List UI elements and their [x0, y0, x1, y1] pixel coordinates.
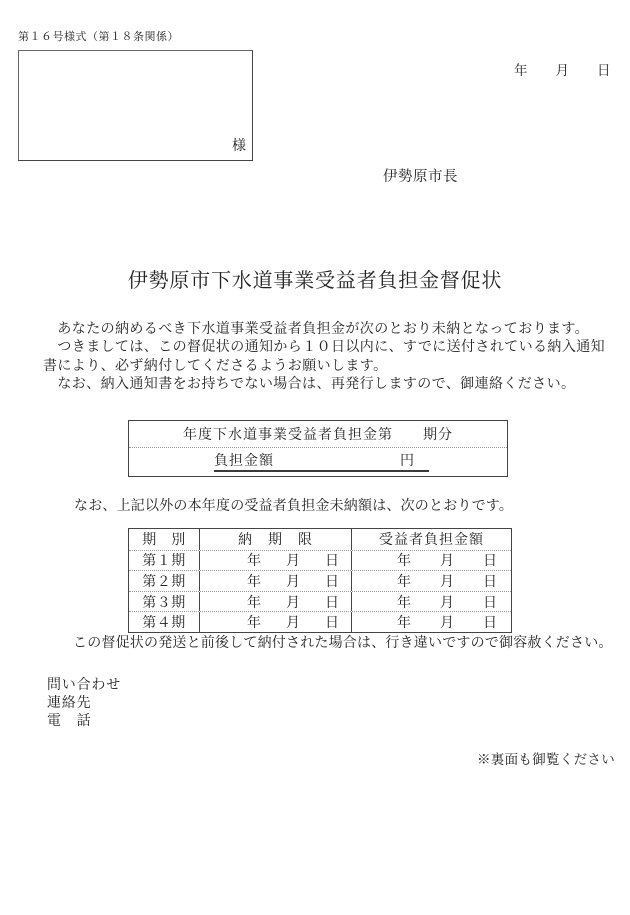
- day-label: 日: [325, 592, 339, 612]
- addressee-honorific: 様: [232, 135, 246, 155]
- month-label: 月: [556, 59, 570, 79]
- amount-cell: 年 月 日: [352, 571, 511, 591]
- year-label: 年: [247, 571, 261, 591]
- amount-cell: 年 月 日: [352, 551, 511, 571]
- amount-table-row: 負担金額 円: [129, 448, 507, 476]
- page-title: 伊勢原市下水道事業受益者負担金督促状: [0, 264, 630, 293]
- due-date-cell: 年 月 日: [200, 551, 352, 571]
- amount-table: 年度下水道事業受益者負担金第 期分 負担金額 円: [128, 420, 508, 477]
- year-label: 年: [397, 550, 411, 570]
- year-label: 年: [247, 592, 261, 612]
- day-label: 日: [325, 550, 339, 570]
- month-label: 月: [440, 550, 454, 570]
- document-page: 第１６号様式（第１８条関係） 様 年 月 日 伊勢原市長 伊勢原市下水道事業受益…: [0, 0, 630, 915]
- amount-underline: 負担金額 円: [214, 450, 429, 472]
- period-cell: 第４期: [129, 612, 200, 632]
- amount-table-header: 年度下水道事業受益者負担金第 期分: [129, 421, 507, 448]
- addressee-box: 様: [18, 50, 253, 161]
- day-label: 日: [325, 571, 339, 591]
- month-label: 月: [440, 612, 454, 632]
- month-label: 月: [286, 571, 300, 591]
- year-label: 年: [397, 592, 411, 612]
- table-row: 第３期 年 月 日 年 月 日: [129, 591, 511, 612]
- day-label: 日: [483, 612, 497, 632]
- date-line: 年 月 日: [514, 59, 611, 79]
- body-line: なお、納入通知書をお持ちでない場合は、再発行しますので、御連絡ください。: [43, 376, 605, 394]
- body-line: 書により、必ず納付してくださるようお願いします。: [43, 358, 605, 376]
- period-cell: 第２期: [129, 571, 200, 591]
- form-number: 第１６号様式（第１８条関係）: [18, 28, 179, 44]
- closing-note: この督促状の発送と前後して納付された場合は、行き違いですので御容赦ください。: [73, 632, 613, 652]
- period-column-header: 期 別: [129, 529, 200, 550]
- due-date-column-header: 納 期 限: [200, 529, 352, 550]
- year-label: 年: [397, 571, 411, 591]
- back-page-note: ※裏面も御覧ください: [477, 748, 615, 768]
- day-label: 日: [325, 612, 339, 632]
- month-label: 月: [286, 612, 300, 632]
- body-paragraphs: あなたの納めるべき下水道事業受益者負担金が次のとおり未納となっております。 つき…: [43, 321, 605, 395]
- day-label: 日: [483, 592, 497, 612]
- due-date-cell: 年 月 日: [200, 612, 352, 632]
- month-label: 月: [440, 571, 454, 591]
- body-line: あなたの納めるべき下水道事業受益者負担金が次のとおり未納となっております。: [43, 321, 605, 339]
- year-label: 年: [247, 550, 261, 570]
- table-row: 第４期 年 月 日 年 月 日: [129, 611, 511, 632]
- schedule-header-row: 期 別 納 期 限 受益者負担金額: [129, 529, 511, 550]
- schedule-table: 期 別 納 期 限 受益者負担金額 第１期 年 月 日 年 月 日 第２期 年 …: [128, 528, 512, 633]
- sender-name: 伊勢原市長: [383, 165, 458, 186]
- contact-address-label: 連絡先: [47, 695, 121, 713]
- body-line: つきましては、この督促状の通知から１０日以内に、すでに送付されている納入通知: [43, 339, 605, 357]
- amount-column-header: 受益者負担金額: [352, 529, 511, 550]
- month-label: 月: [286, 550, 300, 570]
- amount-cell: 年 月 日: [352, 592, 511, 612]
- period-cell: 第３期: [129, 592, 200, 612]
- unpaid-note: なお、上記以外の本年度の受益者負担金未納額は、次のとおりです。: [74, 495, 513, 515]
- contact-block: 問い合わせ 連絡先 電 話: [47, 677, 121, 731]
- amount-unit-label: 円: [400, 450, 415, 470]
- due-date-cell: 年 月 日: [200, 571, 352, 591]
- day-label: 日: [597, 59, 611, 79]
- due-date-cell: 年 月 日: [200, 592, 352, 612]
- table-row: 第２期 年 月 日 年 月 日: [129, 570, 511, 591]
- contact-phone-label: 電 話: [47, 713, 121, 731]
- contact-inquiry-label: 問い合わせ: [47, 677, 121, 695]
- day-label: 日: [483, 571, 497, 591]
- table-row: 第１期 年 月 日 年 月 日: [129, 550, 511, 571]
- day-label: 日: [483, 550, 497, 570]
- year-label: 年: [397, 612, 411, 632]
- amount-label: 負担金額: [214, 450, 274, 470]
- year-label: 年: [514, 59, 528, 79]
- month-label: 月: [440, 592, 454, 612]
- period-cell: 第１期: [129, 551, 200, 571]
- amount-cell: 年 月 日: [352, 612, 511, 632]
- month-label: 月: [286, 592, 300, 612]
- year-label: 年: [247, 612, 261, 632]
